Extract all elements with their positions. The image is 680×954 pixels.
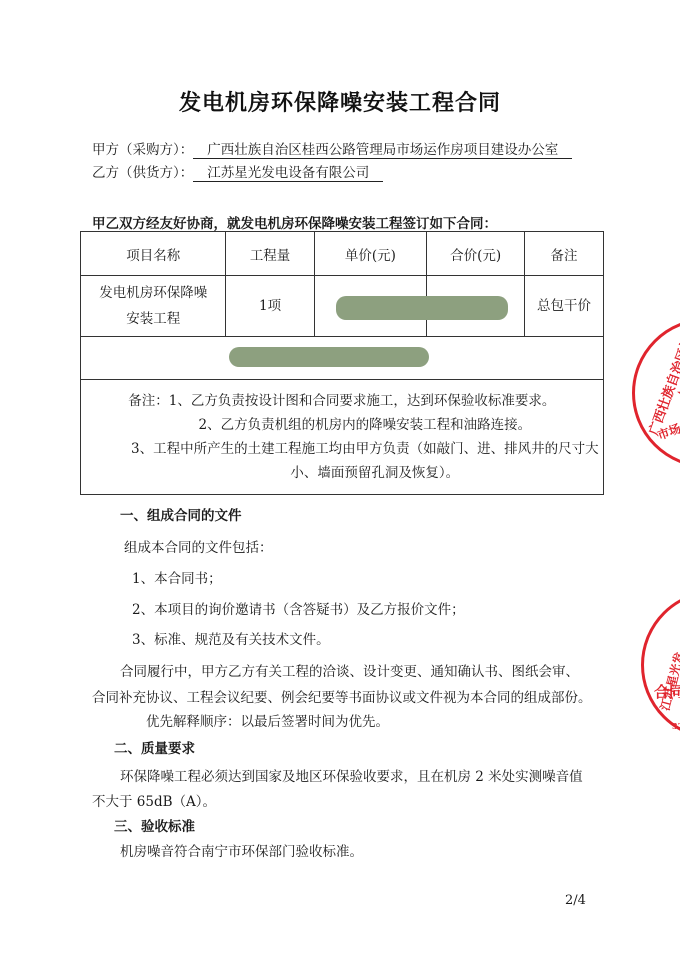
table-header-row: 项目名称 工程量 单价(元) 合价(元) 备注 — [81, 232, 604, 276]
header-unit-price: 单价(元) — [314, 232, 426, 276]
redacted-total-amount — [229, 347, 429, 367]
party-a: 甲方（采购方）：广西壮族自治区桂西公路管理局市场运作房项目建设办公室 — [92, 138, 572, 159]
notes-row: 备注：1、乙方负责按设计图和合同要求施工，达到环保验收标准要求。 2、乙方负责机… — [81, 380, 604, 495]
section-3-text: 机房噪音符合南宁市环保部门验收标准。 — [120, 840, 363, 860]
section-2-text-cont: 不大于 65dB（A）。 — [92, 790, 216, 810]
header-total-price: 合价(元) — [427, 232, 525, 276]
section-1-title: 一、组成合同的文件 — [120, 504, 242, 524]
stamp-2-number: 3212 — [672, 721, 680, 731]
section-1-item-3: 3、标准、规范及有关技术文件。 — [132, 628, 330, 648]
cell-remark: 总包干价 — [525, 276, 603, 337]
party-b: 乙方（供货方）：江苏星光发电设备有限公司 — [92, 161, 383, 182]
section-1-item-1: 1、本合同书； — [132, 567, 222, 587]
note-1-text: 1、乙方负责按设计图和合同要求施工，达到环保验收标准要求。 — [169, 393, 556, 409]
cell-item-name: 发电机房环保降噪 安装工程 — [81, 276, 226, 337]
item-name-line2: 安装工程 — [81, 306, 225, 332]
item-name-line1: 发电机房环保降噪 — [81, 280, 225, 306]
note-2: 2、乙方负责机组的机房内的降噪安装工程和油路连接。 — [85, 413, 599, 437]
section-1-intro: 组成本合同的文件包括： — [124, 536, 273, 556]
stamp-buyer-seal-icon: 广西壮族自治区桂 ★ 市场 — [632, 318, 680, 468]
header-quantity: 工程量 — [226, 232, 314, 276]
header-remark: 备注 — [525, 232, 603, 276]
notes-cell: 备注：1、乙方负责按设计图和合同要求施工，达到环保验收标准要求。 2、乙方负责机… — [81, 380, 604, 495]
page-number: 2/4 — [565, 893, 586, 908]
section-1-item-2: 2、本项目的询价邀请书（含答疑书）及乙方报价文件； — [132, 598, 465, 618]
cell-quantity: 1项 — [226, 276, 314, 337]
contract-title: 发电机房环保降噪安装工程合同 — [0, 86, 680, 117]
party-a-value: 广西壮族自治区桂西公路管理局市场运作房项目建设办公室 — [193, 142, 572, 159]
section-3-title: 三、验收标准 — [114, 815, 195, 835]
stamp-2-sub: 合同 — [654, 681, 680, 702]
note-3-cont: 小、墙面预留孔洞及恢复）。 — [85, 461, 599, 485]
section-2-title: 二、质量要求 — [114, 737, 195, 757]
redacted-price — [336, 296, 508, 320]
section-1-para-2: 优先解释顺序：以最后签署时间为优先。 — [146, 710, 389, 730]
star-icon: ★ — [675, 376, 680, 414]
header-item-name: 项目名称 — [81, 232, 226, 276]
contract-intro: 甲乙双方经友好协商，就发电机房环保降噪安装工程签订如下合同： — [92, 212, 497, 232]
party-a-label: 甲方（采购方）： — [92, 142, 193, 158]
section-2-text: 环保降噪工程必须达到国家及地区环保验收要求，且在机房 2 米处实测噪音值 — [120, 765, 583, 785]
notes-label: 备注： — [128, 393, 169, 409]
stamp-supplier-seal-icon: 江苏星光发 合同 3212 — [641, 590, 680, 740]
section-1-para-1-cont: 合同补充协议、工程会议纪要、例会纪要等书面协议或文件视为本合同的组成部份。 — [92, 686, 592, 706]
note-3: 3、工程中所产生的土建工程施工均由甲方负责（如敲门、进、排风井的尺寸大 — [85, 437, 599, 461]
party-b-label: 乙方（供货方）： — [92, 165, 193, 181]
note-1: 备注：1、乙方负责按设计图和合同要求施工，达到环保验收标准要求。 — [85, 389, 599, 413]
section-1-para-1: 合同履行中，甲方乙方有关工程的洽谈、设计变更、通知确认书、图纸会审、 — [120, 660, 579, 680]
party-b-value: 江苏星光发电设备有限公司 — [193, 165, 383, 182]
